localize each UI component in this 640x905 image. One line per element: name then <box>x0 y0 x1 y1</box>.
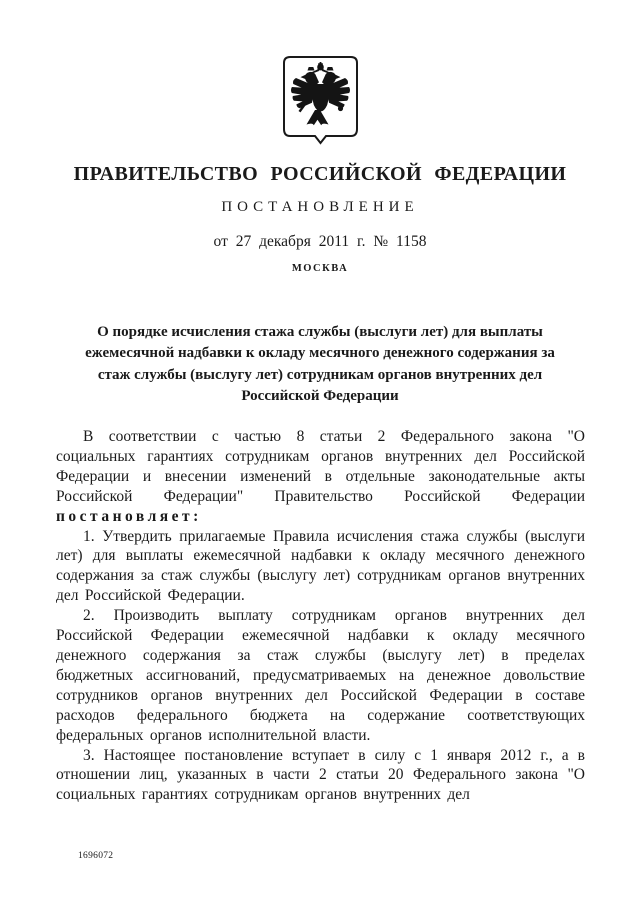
date-line: от 27 декабря 2011 г. № 1158 <box>0 233 640 251</box>
issuer-title: ПРАВИТЕЛЬСТВО РОССИЙСКОЙ ФЕДЕРАЦИИ <box>0 163 640 186</box>
paragraph-intro: В соответствии с частью 8 статьи 2 Федер… <box>56 427 585 527</box>
paragraph-item-1: 1. Утвердить прилагаемые Правила исчисле… <box>56 527 585 607</box>
coat-of-arms <box>281 55 360 145</box>
paragraph-item-3: 3. Настоящее постановление вступает в си… <box>56 746 585 806</box>
intro-text: В соответствии с частью 8 статьи 2 Федер… <box>56 428 585 505</box>
document-title: О порядке исчисления стажа службы (выслу… <box>68 322 572 407</box>
footer-print-code: 1696072 <box>78 851 113 861</box>
document-type: ПОСТАНОВЛЕНИЕ <box>0 199 640 216</box>
city-label: МОСКВА <box>0 263 640 274</box>
body-text: В соответствии с частью 8 статьи 2 Федер… <box>56 427 585 805</box>
decree-word: постановляет: <box>56 508 202 525</box>
paragraph-item-2: 2. Производить выплату сотрудникам орган… <box>56 606 585 745</box>
double-headed-eagle-icon <box>281 55 360 145</box>
